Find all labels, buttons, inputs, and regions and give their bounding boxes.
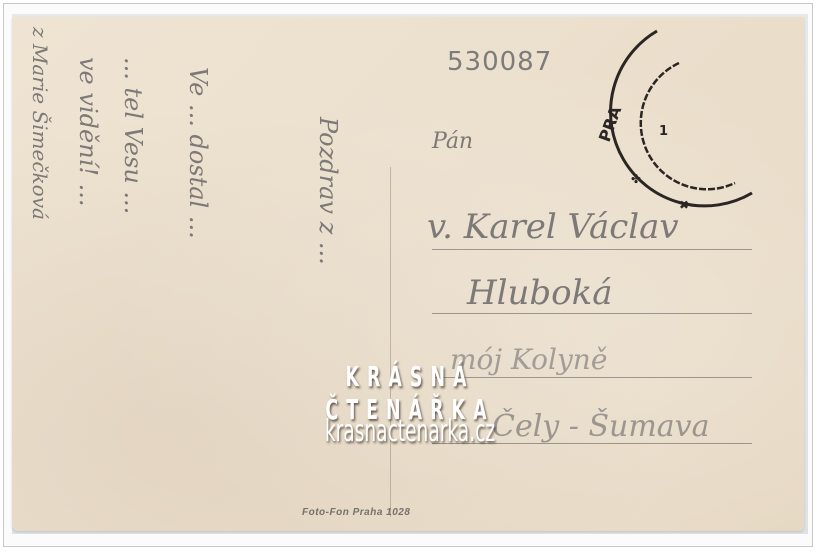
postmark-date: 1: [659, 124, 668, 139]
message-line-4: ve vidění! ...: [74, 57, 102, 206]
center-divider: [390, 167, 391, 517]
address-salutation: Pán: [432, 129, 473, 154]
message-line-2: Ve ... dostal ...: [184, 67, 212, 239]
address-name: v. Karel Václav: [427, 207, 679, 247]
postcard-back: 530087 PRA 1 ✤ ✖ Pán v. Karel Václav Hlu…: [12, 17, 804, 531]
watermark-url: krasnactenarka.cz: [292, 414, 528, 449]
svg-text:✤: ✤: [631, 172, 641, 186]
message-line-3: ... tel Vesu ...: [119, 57, 147, 214]
address-line-1: [432, 249, 752, 250]
address-town: Hluboká: [467, 273, 613, 313]
message-signature: z Marie Šimečková: [28, 27, 52, 220]
postmark: PRA 1 ✤ ✖: [587, 23, 757, 209]
printer-imprint: Foto-Fon Praha 1028: [302, 507, 410, 518]
svg-text:✖: ✖: [679, 198, 689, 209]
message-line-1: Pozdrav z ...: [314, 117, 342, 265]
address-line-2: [432, 313, 752, 314]
catalog-number: 530087: [447, 47, 552, 77]
postmark-town: PRA: [595, 103, 626, 144]
